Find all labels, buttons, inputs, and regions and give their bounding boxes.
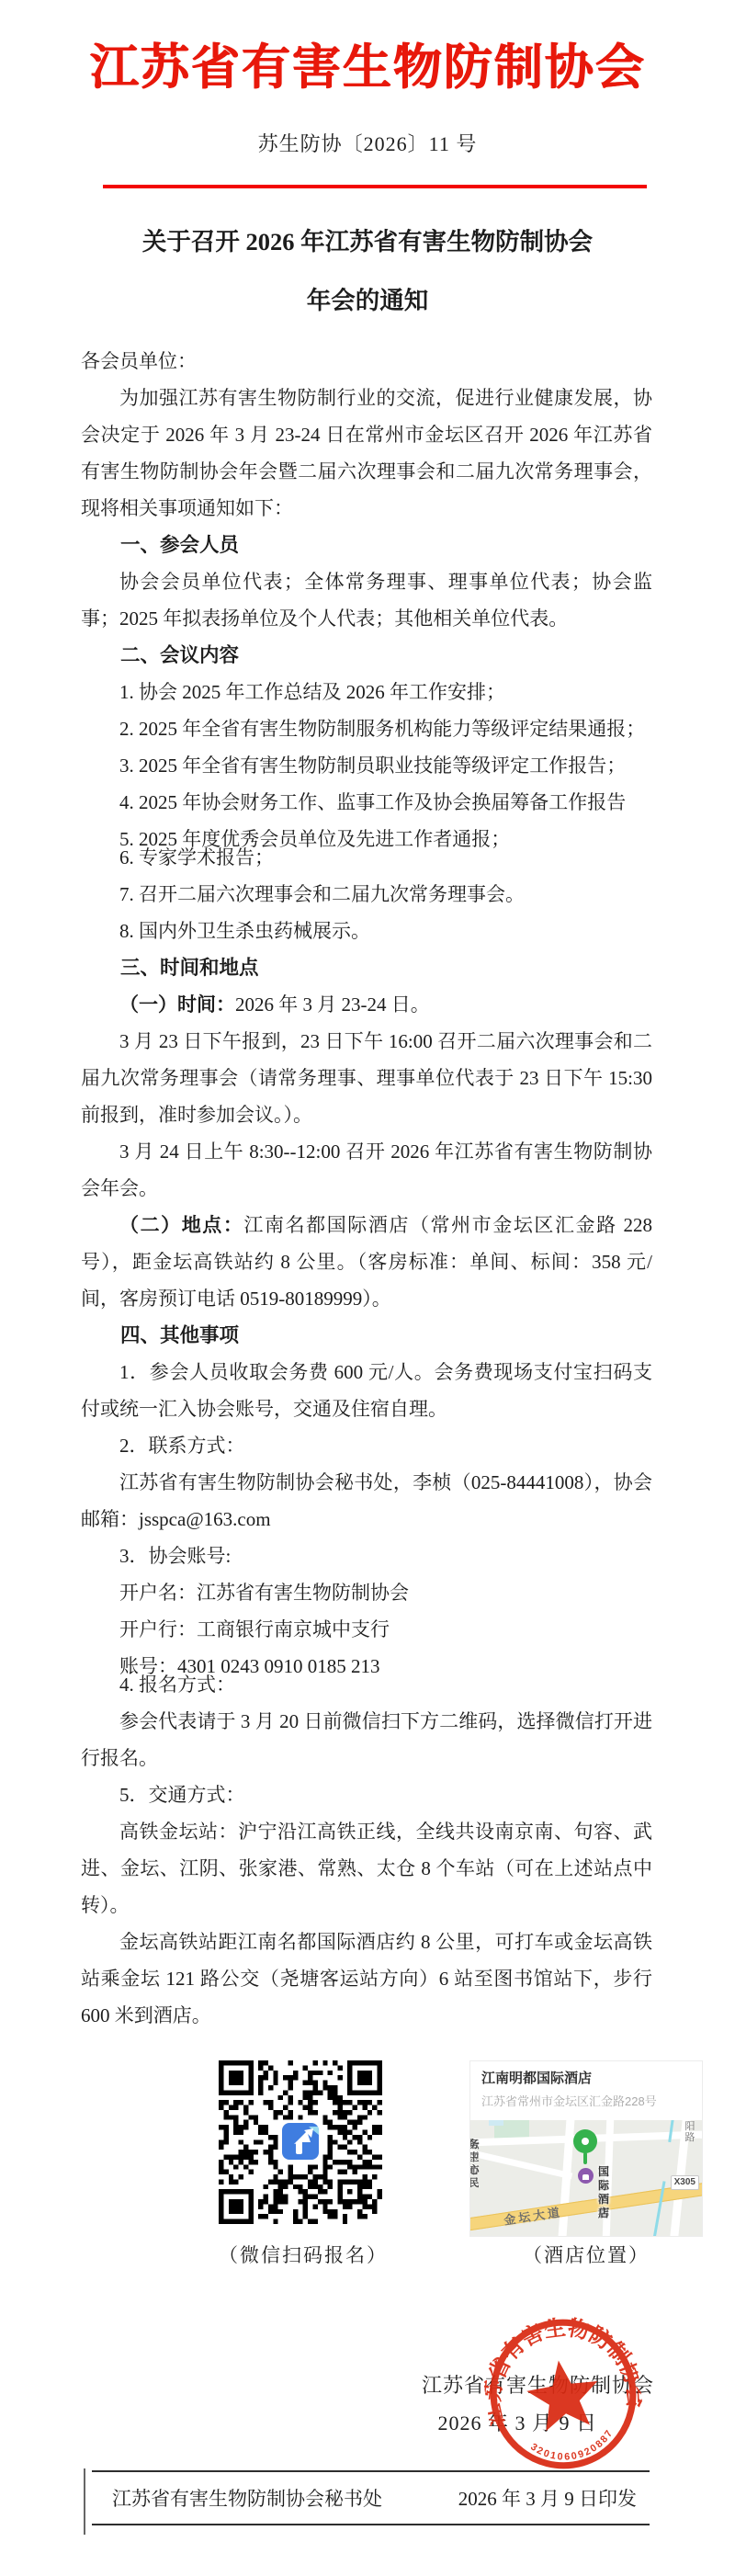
- time-value: 2026 年 3 月 23-24 日。: [235, 993, 430, 1016]
- qr-center-logo: [282, 2123, 319, 2160]
- map-hotel-address: 江苏省常州市金坛区汇金路228号: [481, 2094, 691, 2110]
- agenda-item: 3. 2025 年全省有害生物防制员职业技能等级评定工作报告；: [81, 747, 652, 784]
- salutation: 各会员单位：: [81, 343, 652, 380]
- footer-print-date: 2026 年 3 月 9 日印发: [458, 2484, 637, 2512]
- notice-title-line2: 年会的通知: [0, 271, 735, 330]
- contact-heading: 2．联系方式：: [81, 1427, 652, 1464]
- traffic-paragraph-1: 高铁金坛站：沪宁沿江高铁正线，全线共设南京南、句容、武进、金坛、江阴、张家港、常…: [81, 1813, 652, 1923]
- account-name: 开户名：江苏省有害生物防制协会: [81, 1574, 652, 1611]
- section4-heading: 四、其他事项: [81, 1317, 652, 1354]
- footer-bar: 江苏省有害生物防制协会秘书处 2026 年 3 月 9 日印发: [92, 2470, 650, 2525]
- schedule-paragraph-2: 3 月 24 日上午 8:30--12:00 召开 2026 年江苏省有害生物防…: [81, 1133, 652, 1207]
- section1-body: 协会会员单位代表；全体常务理事、理事单位代表；协会监事；2025 年拟表扬单位及…: [81, 563, 652, 637]
- agenda-item: 2. 2025 年全省有害生物防制服务机构能力等级评定结果通报；: [81, 710, 652, 747]
- traffic-heading: 5．交通方式：: [81, 1776, 652, 1813]
- map-hotel-title: 江南明都国际酒店: [481, 2070, 691, 2088]
- map-water-patch: [489, 2120, 503, 2126]
- section1-heading: 一、参会人员: [81, 527, 652, 563]
- qr-caption: （微信扫码报名）: [219, 2241, 382, 2269]
- place-label: （二）地点：: [119, 1214, 243, 1236]
- intro-paragraph: 为加强江苏有害生物防制行业的交流，促进行业健康发展，协会决定于 2026 年 3…: [81, 380, 652, 527]
- seal-star: [523, 2355, 603, 2433]
- map-pin-dot: [582, 2138, 589, 2145]
- map-label-main-road: 金坛大道: [503, 2202, 563, 2228]
- map-road-badge: X305: [671, 2175, 699, 2190]
- document-page: 江苏省有害生物防制协会 苏生防协〔2026〕11 号 关于召开 2026 年江苏…: [0, 0, 735, 2576]
- map-label-right-road: 阳路: [684, 2121, 695, 2143]
- section3-heading: 三、时间和地点: [81, 949, 652, 986]
- document-number: 苏生防协〔2026〕11 号: [0, 131, 735, 158]
- org-name-heading: 江苏省有害生物防制协会: [0, 31, 735, 105]
- schedule-paragraph-1: 3 月 23 日下午报到，23 日下午 16:00 召开二届六次理事会和二届九次…: [81, 1023, 652, 1133]
- fee-paragraph: 1．参会人员收取会务费 600 元/人。会务费现场支付宝扫码支付或统一汇入协会账…: [81, 1354, 652, 1427]
- contact-paragraph: 江苏省有害生物防制协会秘书处，李桢（025-84441008），协会邮箱：jss…: [81, 1464, 652, 1538]
- map-pin-stem: [583, 2152, 587, 2164]
- notice-body: 各会员单位： 为加强江苏有害生物防制行业的交流，促进行业健康发展，协会决定于 2…: [81, 343, 652, 2282]
- official-red-seal: 江苏省有害生物防制协会 3201060920887: [476, 2307, 650, 2481]
- footer-left-tick: [84, 2468, 85, 2535]
- time-label: （一）时间：: [119, 993, 235, 1016]
- agenda-item: 7. 召开二届六次理事会和二届九次常务理事会。: [81, 876, 652, 913]
- map-canvas: 坛区市民 务中心 江南明都 国际酒店 金坛大道 X305 阳路: [470, 2120, 702, 2236]
- account-heading: 3．协会账号:: [81, 1538, 652, 1574]
- hotel-poi-glyph: [582, 2174, 589, 2180]
- time-line: （一）时间：2026 年 3 月 23-24 日。: [81, 986, 652, 1023]
- attachments-row: （微信扫码报名） 江南明都国际酒店 江苏省常州市金坛区汇金路228号: [81, 2060, 652, 2282]
- map-info-card: 江南明都国际酒店 江苏省常州市金坛区汇金路228号: [470, 2061, 702, 2120]
- red-divider-rule: [103, 185, 647, 188]
- traffic-paragraph-2: 金坛高铁站距江南名都国际酒店约 8 公里，可打车或金坛高铁站乘金坛 121 路公…: [81, 1923, 652, 2034]
- agenda-item: 4. 2025 年协会财务工作、监事工作及协会换届筹备工作报告: [81, 784, 652, 821]
- agenda-item: 8. 国内外卫生杀虫药械展示。: [81, 913, 652, 949]
- form-arrow-icon: [282, 2123, 319, 2160]
- notice-title: 关于召开 2026 年江苏省有害生物防制协会 年会的通知: [0, 212, 735, 330]
- section2-heading: 二、会议内容: [81, 637, 652, 674]
- agenda-item: 1. 协会 2025 年工作总结及 2026 年工作安排；: [81, 674, 652, 710]
- signup-paragraph: 参会代表请于 3 月 20 日前微信扫下方二维码，选择微信打开进行报名。: [81, 1703, 652, 1776]
- map-caption: （酒店位置）: [470, 2241, 702, 2269]
- wechat-signup-qr-code: [219, 2060, 382, 2225]
- hotel-map: 江南明都国际酒店 江苏省常州市金坛区汇金路228号 坛区市民: [470, 2061, 702, 2236]
- place-line: （二）地点：江南名都国际酒店（常州市金坛区汇金路 228 号），距金坛高铁站约 …: [81, 1207, 652, 1317]
- account-bank: 开户行：工商银行南京城中支行: [81, 1611, 652, 1648]
- notice-title-line1: 关于召开 2026 年江苏省有害生物防制协会: [0, 212, 735, 271]
- footer-issuer: 江苏省有害生物防制协会秘书处: [112, 2484, 382, 2512]
- map-road-horizontal: [470, 2149, 572, 2180]
